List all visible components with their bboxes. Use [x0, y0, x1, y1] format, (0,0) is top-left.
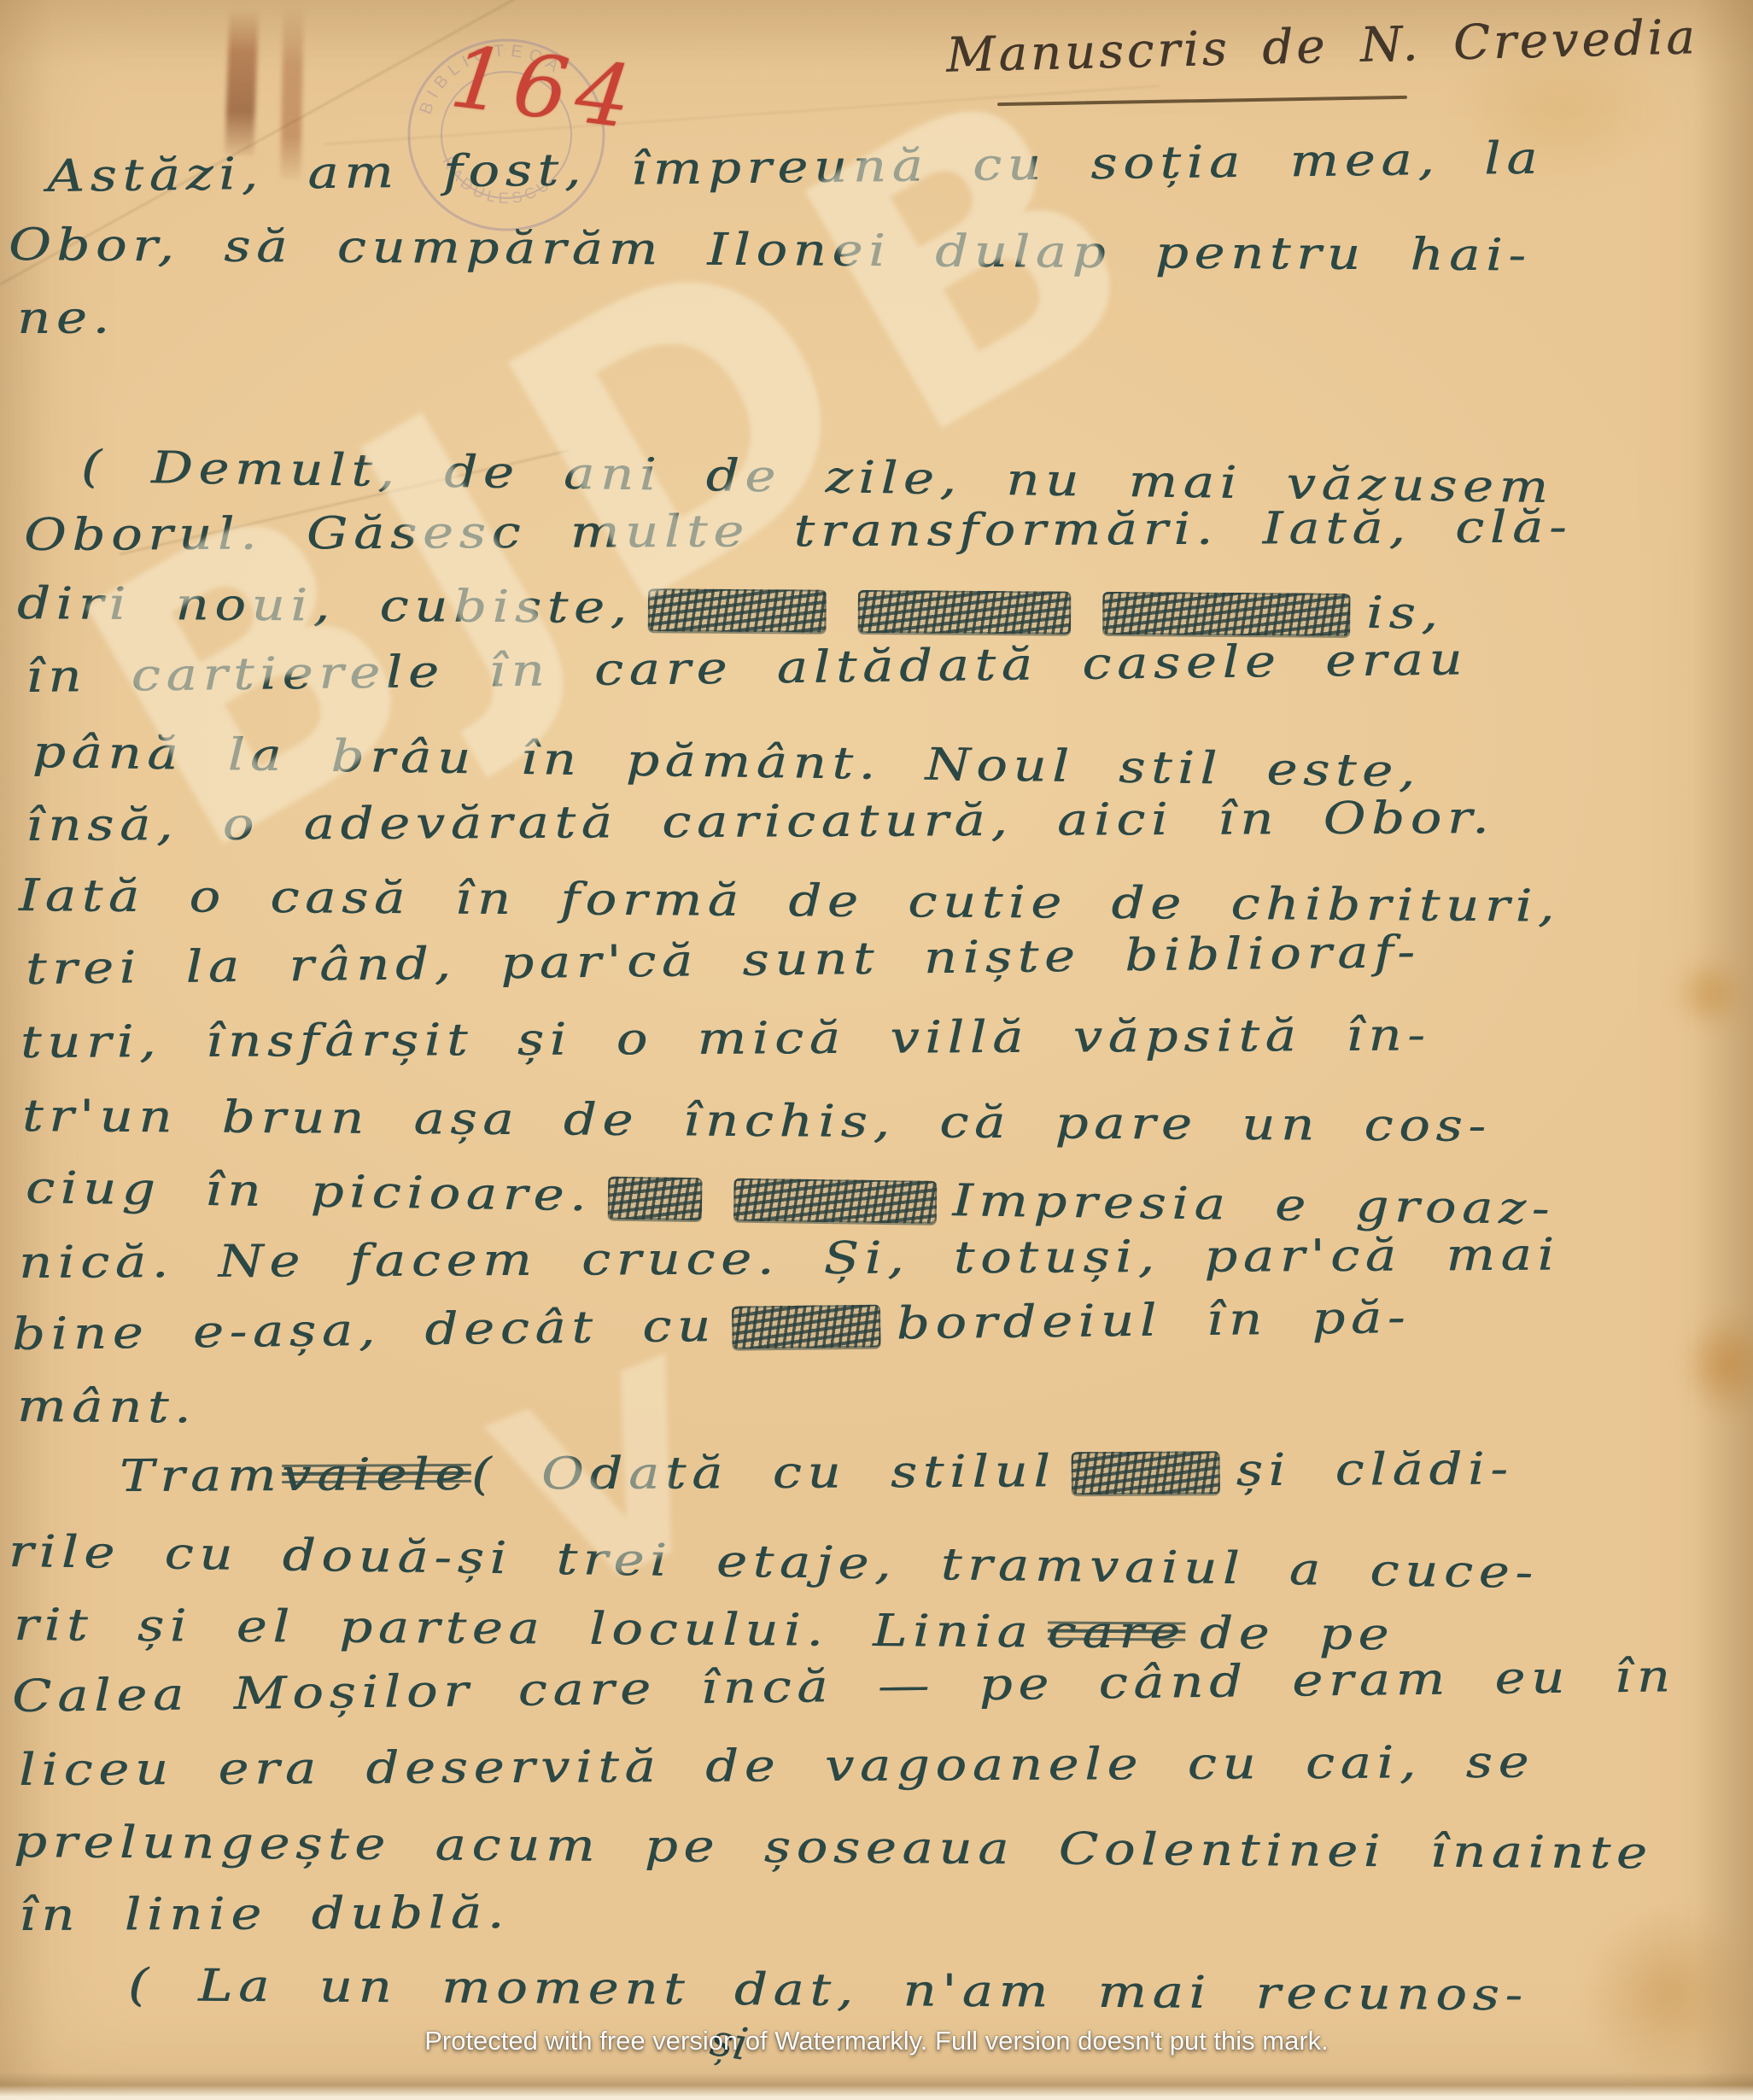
paper-stain — [1680, 1311, 1753, 1418]
manuscript-line: Astăzi, am fost, împreună cu soția mea, … — [47, 129, 1544, 207]
handwritten-text: Calea Moșilor care încă — pe când eram e… — [12, 1651, 1676, 1723]
manuscript-line: rile cu două-și trei etaje, tramvaiul a … — [9, 1522, 1540, 1603]
handwritten-text: ( La un moment dat, n'am mai recunos- — [128, 1960, 1528, 2021]
handwritten-text: rile cu două-și trei etaje, tramvaiul a … — [9, 1526, 1540, 1599]
crossed-out-scribble — [607, 1177, 702, 1221]
struck-word: care — [1047, 1606, 1186, 1658]
tape-residue-mark — [225, 8, 259, 155]
manuscript-line: bine e-așa, decât cubordeiul în pă- — [12, 1288, 1411, 1365]
manuscript-line: Tramvaiele( Odată cu stilulși clădi- — [120, 1439, 1514, 1506]
handwritten-text: nică. Ne facem cruce. Și, totuși, par'că… — [19, 1230, 1560, 1289]
crossed-out-scribble — [1072, 1451, 1220, 1495]
handwritten-text: Obor, să cumpărăm Ilonei dulap pentru ha… — [9, 219, 1532, 281]
manuscript-line: nică. Ne facem cruce. Și, totuși, par'că… — [19, 1225, 1560, 1293]
torn-bottom-edge — [0, 2073, 1753, 2100]
crossed-out-scribble — [648, 588, 827, 632]
manuscript-line: trei la rând, par'că sunt niște bibliora… — [26, 922, 1421, 999]
handwritten-text: în cartierele în care altădată casele er… — [26, 634, 1469, 703]
handwritten-text: prelungește acum pe șoseaua Colentinei î… — [14, 1816, 1653, 1879]
crossed-out-scribble — [732, 1305, 881, 1349]
manuscript-line: prelungește acum pe șoseaua Colentinei î… — [14, 1812, 1653, 1883]
header-underline — [997, 96, 1407, 106]
manuscript-line: mânt. — [17, 1377, 197, 1437]
handwritten-text: ciug în picioare. — [26, 1162, 593, 1221]
handwritten-text: Oborul. Găsesc multe transformări. Iată,… — [24, 502, 1573, 561]
handwritten-text: în linie dublă. — [19, 1887, 510, 1941]
handwritten-text: liceu era deservită de vagoanele cu cai,… — [19, 1737, 1534, 1796]
handwritten-text: până la brâu în pământ. Noul stil este, — [32, 727, 1422, 798]
manuscript-line: Calea Moșilor care încă — pe când eram e… — [12, 1647, 1676, 1727]
paper-stain — [1672, 955, 1749, 1032]
crossed-out-scribble — [1103, 592, 1351, 636]
crossed-out-scribble — [733, 1179, 937, 1224]
paper-stain — [1580, 1904, 1753, 2084]
watermarkly-footer-text: Protected with free version of Watermark… — [0, 2026, 1753, 2056]
handwritten-text: trei la rând, par'că sunt niște bibliora… — [26, 927, 1421, 995]
struck-word: vaiele — [282, 1449, 471, 1501]
manuscript-line: ne. — [17, 288, 115, 348]
manuscript-line: tr'un brun așa de închis, că pare un cos… — [22, 1086, 1492, 1156]
manuscript-line: însă, o adevărată caricatură, aici în Ob… — [26, 788, 1495, 856]
handwritten-text: turi, însfârșit și o mică villă văpsită … — [20, 1009, 1431, 1068]
handwritten-text: rit și el partea locului. Linia — [14, 1600, 1034, 1658]
handwritten-text: bordeiul în pă- — [896, 1292, 1411, 1349]
manuscript-line: turi, însfârșit și o mică villă văpsită … — [20, 1005, 1431, 1073]
manuscript-line: în cartierele în care altădată casele er… — [26, 629, 1469, 707]
handwritten-text: ( Odată cu stilul — [471, 1446, 1056, 1500]
handwritten-text: ne. — [17, 292, 115, 344]
manuscript-page: BIBLIOTECA RADULESCU 164 Manuscris de N.… — [0, 0, 1753, 2100]
manuscript-line: Obor, să cumpărăm Ilonei dulap pentru ha… — [9, 215, 1532, 285]
handwritten-text: bine e-așa, decât cu — [12, 1301, 716, 1360]
manuscript-line: liceu era deservită de vagoanele cu cai,… — [19, 1733, 1535, 1800]
manuscript-line: ( La un moment dat, n'am mai recunos- — [128, 1956, 1528, 2025]
crossed-out-scribble — [858, 590, 1072, 635]
handwritten-text: tr'un brun așa de închis, că pare un cos… — [22, 1091, 1492, 1152]
handwritten-text: și clădi- — [1236, 1443, 1514, 1496]
handwritten-text: diri noui, cubiste, — [17, 578, 633, 634]
handwritten-text: mânt. — [17, 1381, 197, 1433]
handwritten-text: Astăzi, am fost, împreună cu soția mea, … — [47, 133, 1544, 202]
handwritten-text: Tram — [120, 1450, 282, 1502]
handwritten-text: însă, o adevărată caricatură, aici în Ob… — [26, 793, 1495, 851]
manuscript-line: în linie dublă. — [19, 1883, 510, 1945]
manuscript-line: Oborul. Găsesc multe transformări. Iată,… — [24, 498, 1573, 565]
